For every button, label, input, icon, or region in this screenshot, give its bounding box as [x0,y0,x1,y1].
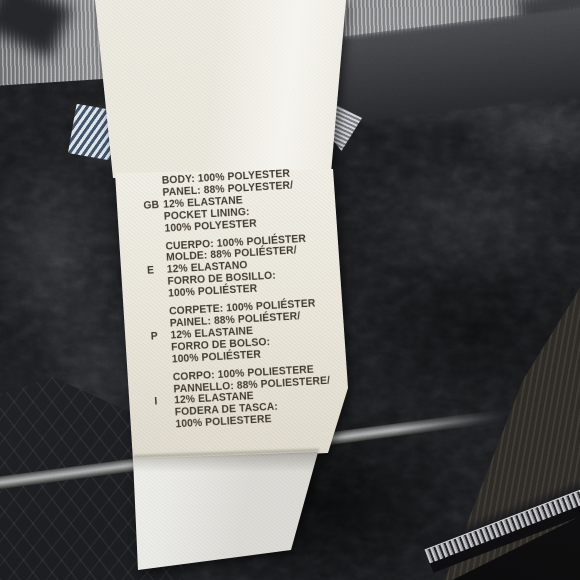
label-section-i: I CORPO: 100% POLIESTERE PANNELLO: 88% P… [151,363,347,433]
composition-lines: CORPETE: 100% POLIÉSTER PAINEL: 88% POLI… [169,298,318,366]
label-section-gb: GB BODY: 100% POLYESTER PANEL: 88% POLYE… [140,166,336,236]
language-code: GB [141,200,163,213]
care-label: GB BODY: 100% POLYESTER PANEL: 88% POLYE… [0,0,580,580]
composition-lines: CORPO: 100% POLIESTERE PANNELLO: 88% POL… [173,363,333,431]
composition-lines: BODY: 100% POLYESTER PANEL: 88% POLYESTE… [162,168,296,235]
composition-lines: CUERPO: 100% POLIÉSTER MOLDE: 88% POLIÉS… [165,233,309,300]
garment-care-label-photo: GB BODY: 100% POLYESTER PANEL: 88% POLYE… [0,0,580,580]
language-code: P [149,330,171,343]
language-code: E [145,265,167,278]
label-section-p: P CORPETE: 100% POLIÉSTER PAINEL: 88% PO… [147,297,343,367]
care-label-text: GB BODY: 100% POLYESTER PANEL: 88% POLYE… [140,166,359,439]
label-section-e: E CUERPO: 100% POLIÉSTER MOLDE: 88% POLI… [144,232,340,302]
language-code: I [152,396,174,409]
